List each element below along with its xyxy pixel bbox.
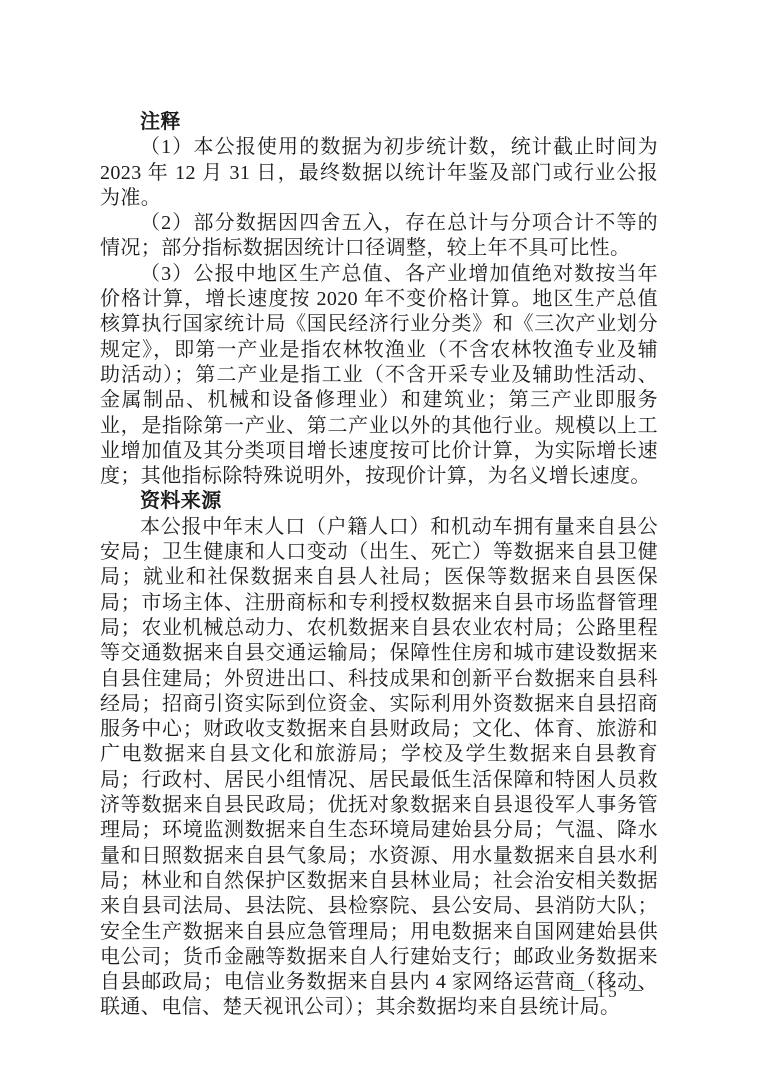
section-heading-notes: 注释 <box>100 110 658 135</box>
notes-paragraph-2: （2）部分数据因四舍五入，存在总计与分项合计不等的情况；部分指标数据因统计口径调… <box>100 211 658 262</box>
document-page: 注释 （1）本公报使用的数据为初步统计数，统计截止时间为 2023 年 12 月… <box>0 0 757 1074</box>
data-sources-paragraph: 本公报中年末人口（户籍人口）和机动车拥有量来自县公安局；卫生健康和人口变动（出生… <box>100 515 658 1021</box>
notes-paragraph-1: （1）本公报使用的数据为初步统计数，统计截止时间为 2023 年 12 月 31… <box>100 135 658 211</box>
notes-paragraph-3: （3）公报中地区生产总值、各产业增加值绝对数按当年价格计算，增长速度按 2020… <box>100 262 658 490</box>
text-block: 注释 （1）本公报使用的数据为初步统计数，统计截止时间为 2023 年 12 月… <box>100 110 658 1021</box>
page-number: － 15 － <box>570 977 648 1002</box>
section-heading-data-sources: 资料来源 <box>100 489 658 514</box>
